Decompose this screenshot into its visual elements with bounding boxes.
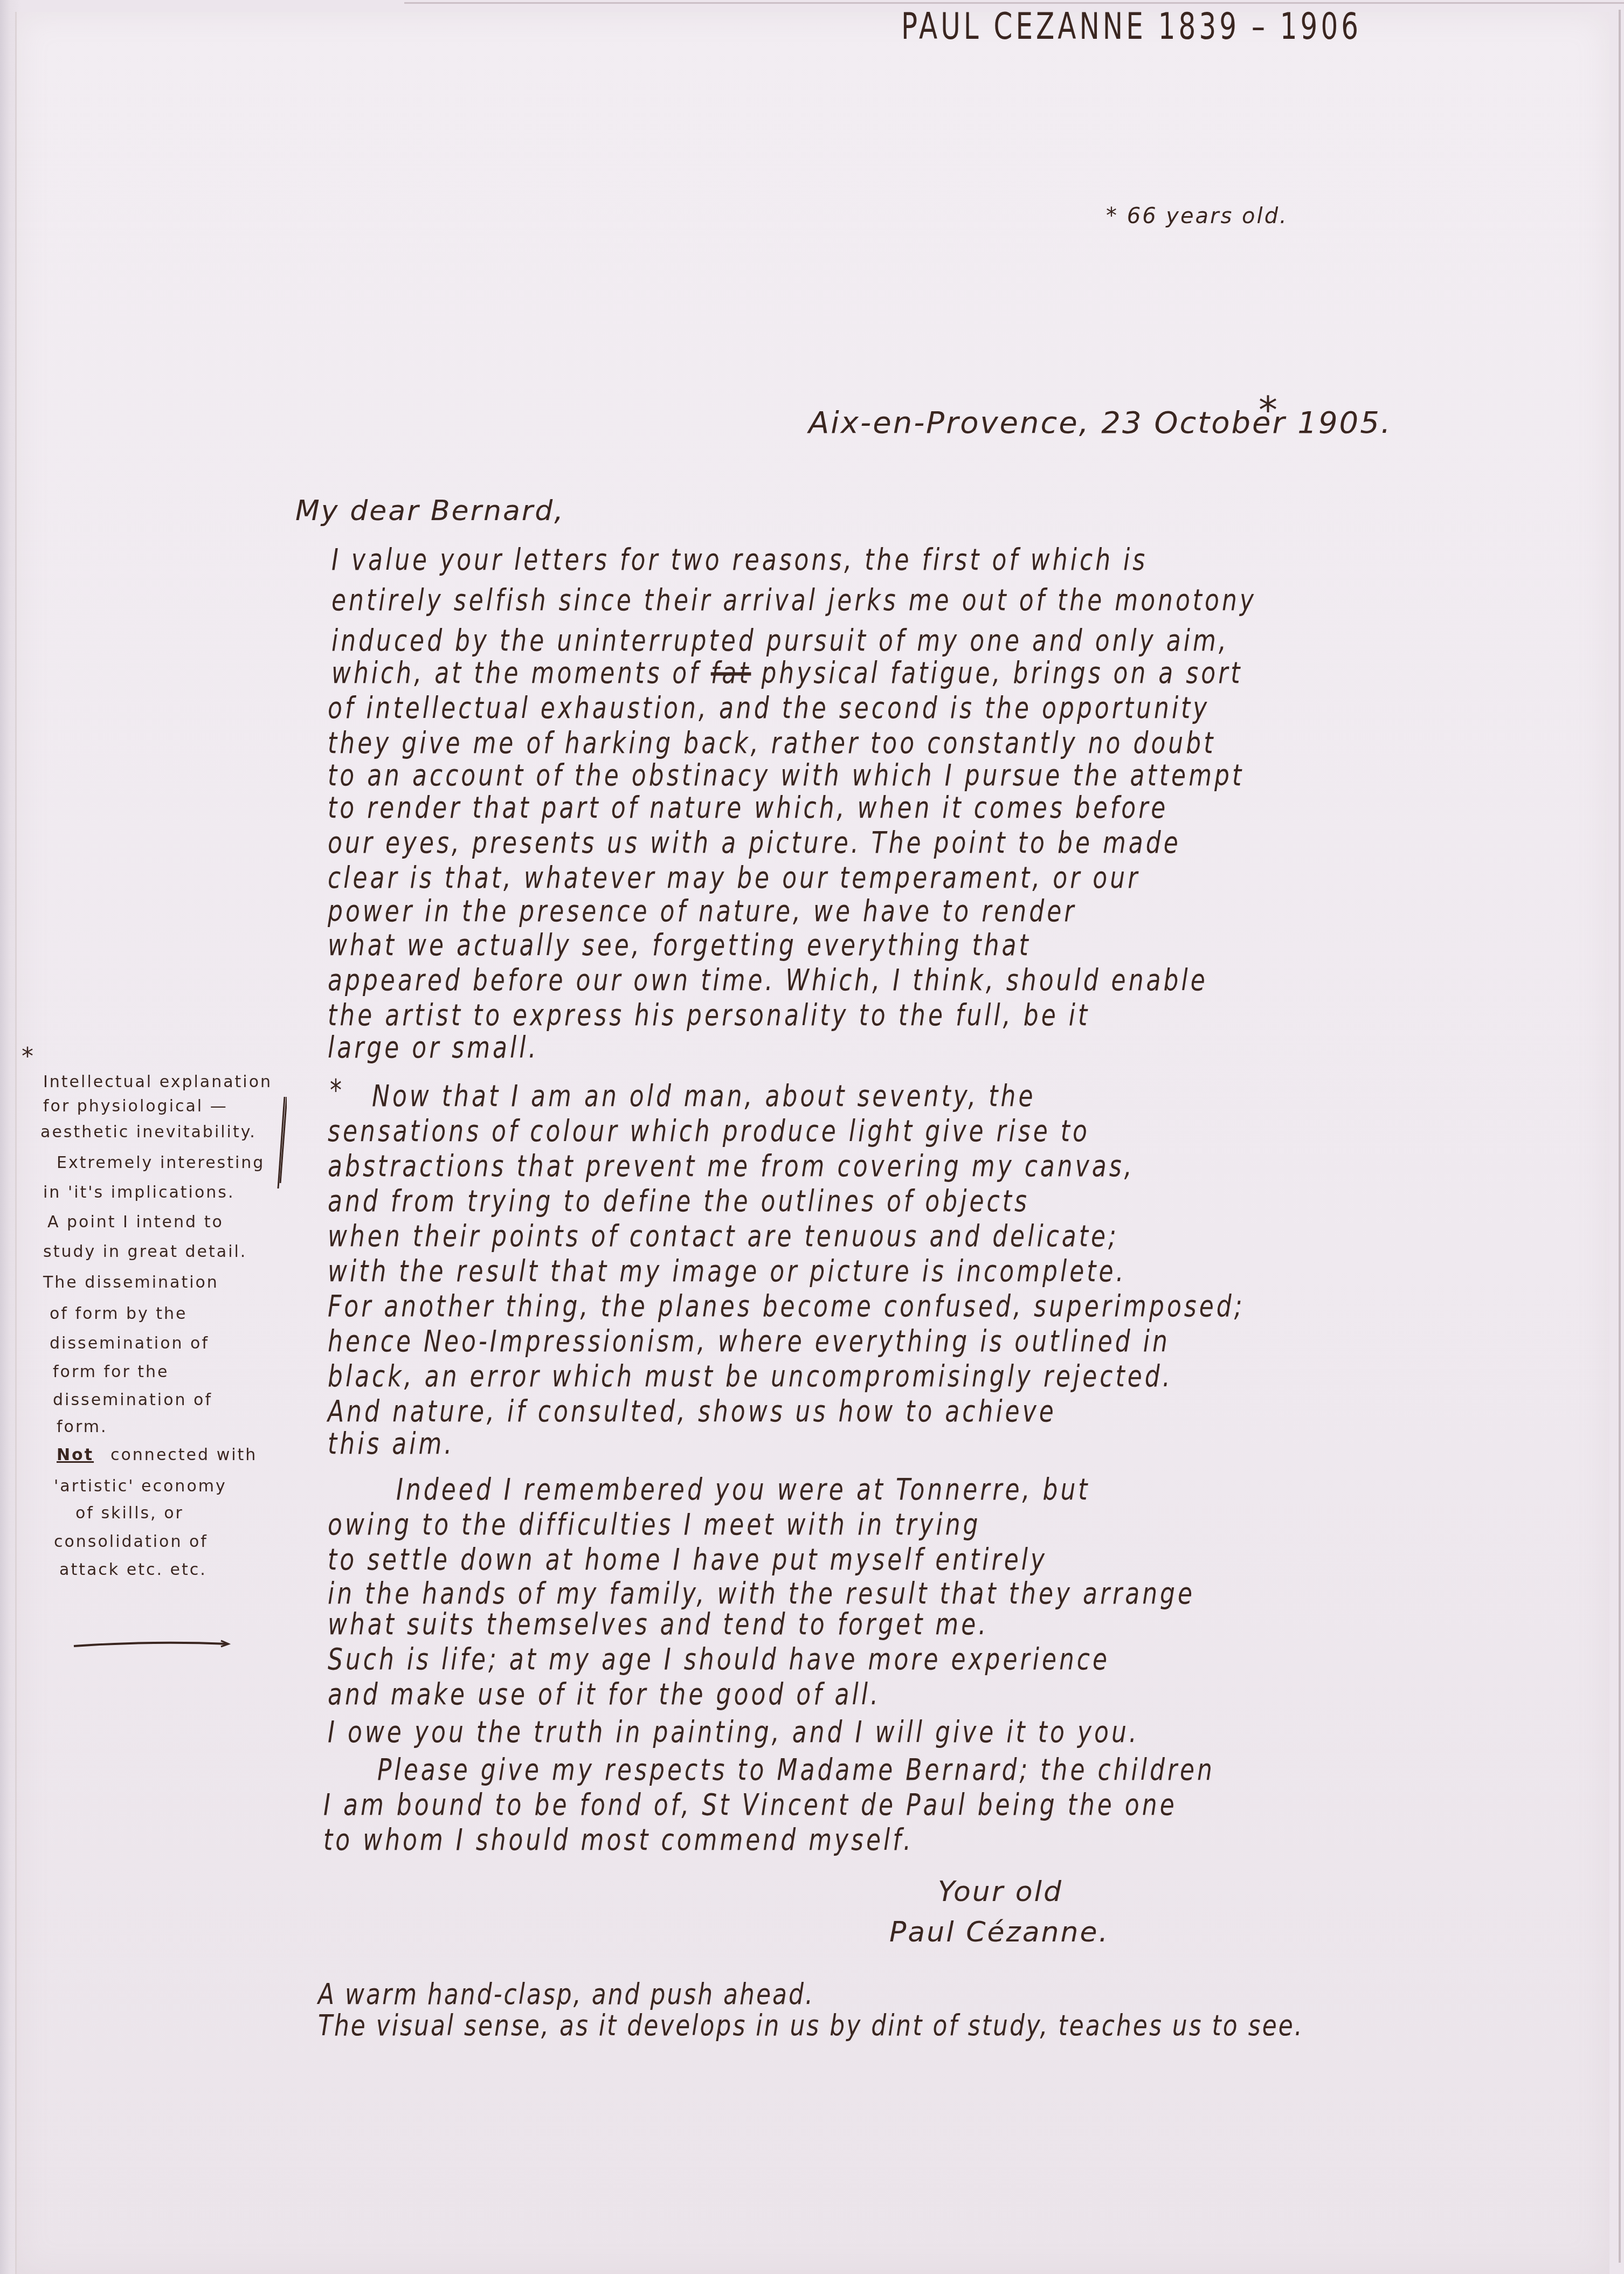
letter-line: I value your letters for two reasons, th… (331, 543, 1148, 577)
letter-line-part: physical fatigue, brings on a sort (761, 656, 1242, 690)
paragraph-marker-asterisk: * (330, 1074, 344, 1108)
letter-line: owing to the difficulties I meet with in… (328, 1508, 980, 1542)
letter-line: sensations of colour which produce light… (328, 1114, 1090, 1149)
letter-line: Now that I am an old man, about seventy,… (372, 1079, 1035, 1114)
arrow-right-icon (71, 1639, 233, 1649)
letter-line: Please give my respects to Madame Bernar… (377, 1753, 1215, 1787)
letter-line: in the hands of my family, with the resu… (328, 1577, 1195, 1611)
margin-note-line: Intellectual explanation (43, 1073, 272, 1091)
letter-line: to an account of the obstinacy with whic… (328, 758, 1244, 793)
letter-line-part: which, at the moments of (331, 656, 701, 690)
closing-line: Your old (938, 1876, 1063, 1908)
margin-note-line: consolidation of (54, 1532, 208, 1551)
letter-line: they give me of harking back, rather too… (328, 726, 1215, 761)
margin-note-line: in 'it's implications. (43, 1183, 234, 1202)
margin-note-asterisk: * (22, 1043, 35, 1070)
greeting: My dear Bernard, (295, 495, 565, 527)
margin-note-line: Extremely interesting (57, 1153, 265, 1172)
paper-right-edge (1619, 10, 1621, 2263)
double-line-emphasis-icon (276, 1097, 287, 1188)
margin-note-line: dissemination of (53, 1391, 212, 1409)
margin-note-line: of form by the (50, 1304, 188, 1323)
letter-line: Indeed I remembered you were at Tonnerre… (396, 1473, 1090, 1507)
letter-line: of intellectual exhaustion, and the seco… (328, 691, 1210, 725)
postscript-line: The visual sense, as it develops in us b… (318, 2009, 1304, 2042)
letter-line: to whom I should most commend myself. (323, 1823, 914, 1857)
letter-line: black, an error which must be uncompromi… (328, 1359, 1173, 1394)
letter-line: with the result that my image or picture… (328, 1254, 1127, 1289)
dateline-asterisk: * (1259, 388, 1279, 432)
letter-line: I am bound to be fond of, St Vincent de … (323, 1788, 1177, 1822)
letter-line: the artist to express his personality to… (328, 998, 1090, 1033)
margin-note-line: for physiological — (43, 1097, 228, 1116)
letter-line: when their points of contact are tenuous… (328, 1219, 1119, 1254)
margin-note-line: form for the (53, 1363, 169, 1381)
letter-line: what suits themselves and tend to forget… (328, 1607, 989, 1642)
margin-note-line: of skills, or (75, 1504, 184, 1523)
margin-note-line: The dissemination (43, 1273, 219, 1292)
letter-line: I owe you the truth in painting, and I w… (328, 1715, 1139, 1750)
letter-line: entirely selfish since their arrival jer… (331, 583, 1256, 618)
margin-note-line: A point I intend to (47, 1213, 224, 1232)
letter-line: and make use of it for the good of all. (328, 1677, 881, 1712)
letter-line: to settle down at home I have put myself… (328, 1543, 1047, 1577)
letter-line: And nature, if consulted, shows us how t… (328, 1394, 1056, 1429)
letter-line: what we actually see, forgetting everyth… (328, 928, 1031, 963)
postscript-line: A warm hand-clasp, and push ahead. (318, 1978, 814, 2011)
page-heading: PAUL CEZANNE 1839 – 1906 (901, 5, 1362, 47)
margin-note-line: attack etc. etc. (59, 1560, 207, 1579)
margin-note-line: form. (57, 1418, 107, 1436)
margin-note-emphasis: Not (57, 1446, 94, 1464)
margin-note-line: aesthetic inevitability. (40, 1123, 257, 1142)
letter-line: induced by the uninterrupted pursuit of … (331, 624, 1229, 658)
letter-line: this aim. (328, 1427, 454, 1461)
letter-line: clear is that, whatever may be our tempe… (328, 861, 1140, 895)
dateline: Aix-en-Provence, 23 October 1905. (808, 405, 1392, 440)
letter-line: abstractions that prevent me from coveri… (328, 1149, 1135, 1184)
margin-note-line: 'artistic' economy (54, 1477, 227, 1496)
letter-line: our eyes, presents us with a picture. Th… (328, 826, 1181, 860)
paper-top-edge (404, 2, 1624, 4)
letter-line: and from trying to define the outlines o… (328, 1184, 1029, 1219)
letter-line: to render that part of nature which, whe… (328, 791, 1168, 825)
margin-note-line: connected with (110, 1446, 257, 1464)
letter-line: large or small. (328, 1031, 538, 1065)
struck-word: fat (711, 656, 751, 690)
letter-line: power in the presence of nature, we have… (328, 894, 1076, 929)
age-footnote: * 66 years old. (1106, 204, 1288, 229)
signature: Paul Cézanne. (889, 1916, 1109, 1948)
margin-note-line: study in great detail. (43, 1242, 247, 1261)
letter-line: Such is life; at my age I should have mo… (328, 1642, 1110, 1677)
letter-line: which, at the moments of fat physical fa… (331, 656, 1243, 690)
letter-line: appeared before our own time. Which, I t… (328, 963, 1208, 998)
letter-line: For another thing, the planes become con… (328, 1289, 1245, 1324)
margin-note-line: dissemination of (50, 1334, 209, 1353)
letter-line: hence Neo-Impressionism, where everythin… (328, 1324, 1170, 1359)
